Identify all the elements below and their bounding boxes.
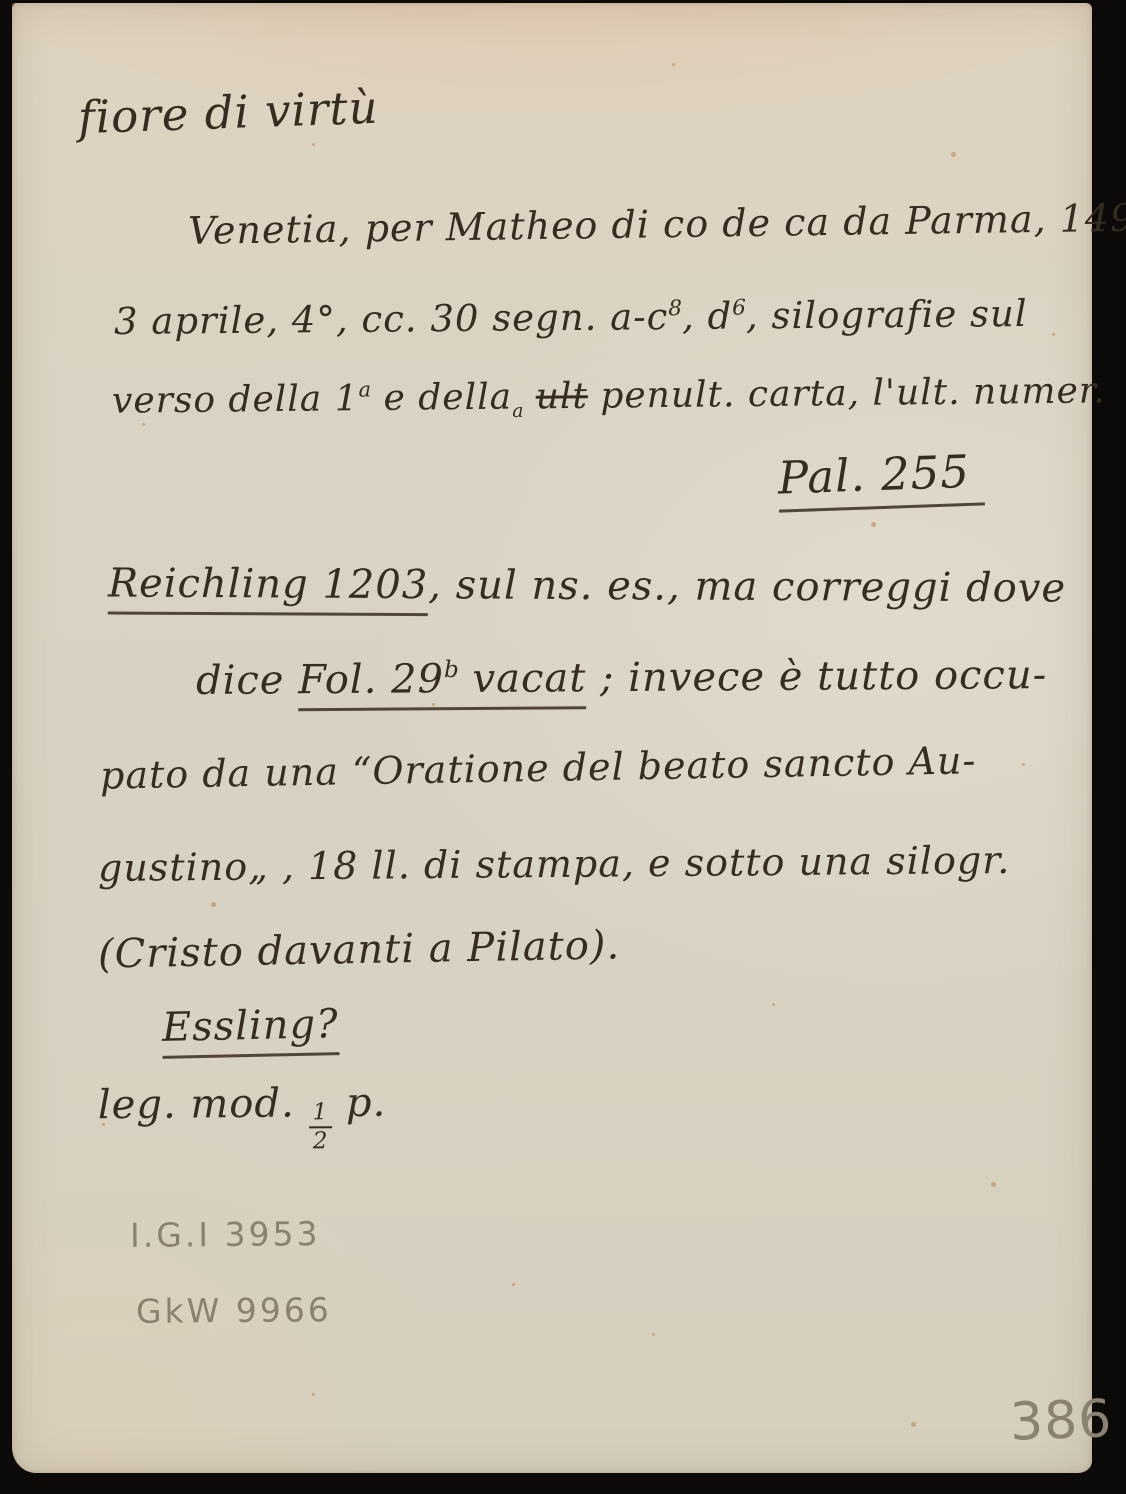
- half-fraction: 12: [308, 1101, 332, 1154]
- folio-superscript-b: b: [444, 656, 459, 683]
- folio-vacat-phrase: Fol. 29b vacat: [298, 655, 586, 711]
- dice-text: ; invece è tutto occu-: [586, 652, 1047, 701]
- scanned-card: fiore di virtù Venetia, per Matheo di co…: [0, 0, 1126, 1494]
- fraction-denominator: 2: [313, 1128, 329, 1153]
- fraction-numerator: 1: [308, 1101, 332, 1129]
- dice-text: dice: [196, 657, 299, 704]
- verso-line: verso della 1a e dellaa ult penult. cart…: [112, 370, 1106, 427]
- folio-text: Fol. 29: [298, 656, 444, 703]
- dice-line: dice Fol. 29b vacat ; invece è tutto occ…: [196, 652, 1047, 704]
- gkw-reference: GkW 9966: [136, 1290, 332, 1331]
- reichling-line: Reichling 1203, sul ns. es., ma correggi…: [108, 560, 1066, 611]
- essling-line: Essling?: [161, 1001, 339, 1059]
- collation-text: , silografie sul: [746, 292, 1028, 337]
- ordinal-superscript-a: a: [358, 377, 371, 401]
- signature-superscript-8: 8: [668, 296, 682, 321]
- foxing-specks: [12, 3, 15, 6]
- verso-text: penult. carta, l'ult. numer.: [588, 370, 1106, 416]
- shelfmark: Pal. 255: [777, 445, 985, 512]
- imprint-line: Venetia, per Matheo di co de ca da Parma…: [188, 196, 1126, 253]
- reichling-reference: Reichling 1203: [108, 560, 428, 616]
- signature-superscript-6: 6: [732, 296, 746, 321]
- title-line: fiore di virtù: [77, 82, 379, 144]
- verso-text: verso della 1: [112, 378, 359, 422]
- oratione-line: pato da una “Oratione del beato sancto A…: [100, 739, 977, 798]
- binding-text: p.: [332, 1080, 386, 1126]
- binding-line: leg. mod. 12 p.: [98, 1080, 387, 1156]
- reichling-text: , sul ns. es., ma correggi dove: [428, 562, 1066, 611]
- cristo-line: (Cristo davanti a Pilato).: [98, 922, 621, 977]
- binding-text: leg. mod.: [98, 1080, 309, 1128]
- collation-text: 3 aprile, 4°, cc. 30 segn. a-c: [114, 295, 669, 343]
- inserted-letter-a: a: [512, 401, 523, 422]
- collation-text: , d: [682, 295, 733, 338]
- gustino-line: gustino„ , 18 ll. di stampa, e sotto una…: [98, 839, 1011, 891]
- verso-text: e della: [371, 377, 512, 419]
- collation-line: 3 aprile, 4°, cc. 30 segn. a-c8, d6, sil…: [114, 293, 1028, 344]
- paper-sheet: fiore di virtù Venetia, per Matheo di co…: [12, 3, 1092, 1473]
- vacat-text: vacat: [459, 655, 587, 702]
- crossed-out-word: ult: [536, 376, 589, 418]
- igi-reference: I.G.I 3953: [130, 1214, 321, 1255]
- page-number: 386: [1009, 1389, 1113, 1453]
